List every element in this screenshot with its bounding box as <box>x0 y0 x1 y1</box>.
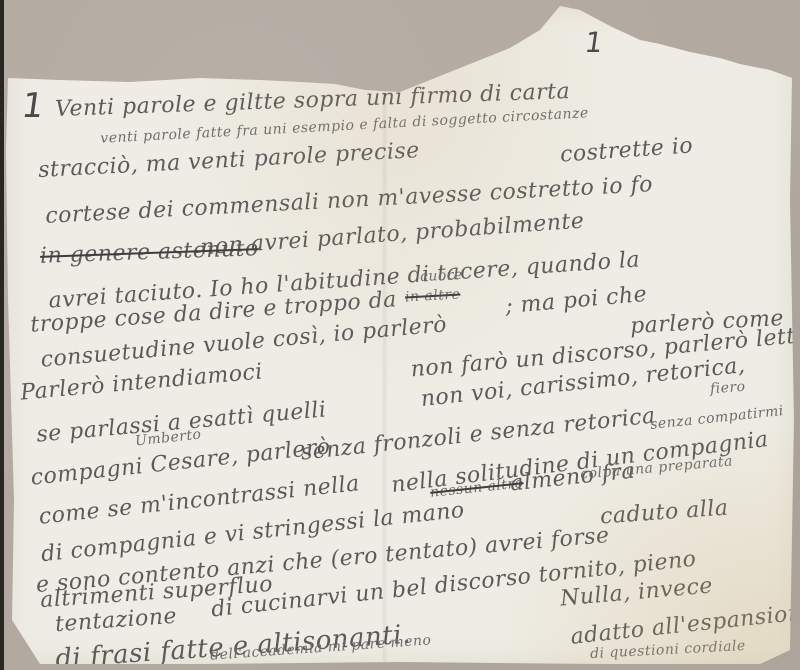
manuscript-line: Venti parole e giltte sopra uni firmo di… <box>55 79 571 122</box>
manuscript-line: di compagnia e vi stringessi la mano <box>40 498 466 567</box>
manuscript-line: non avrei parlato, probabilmente <box>200 209 586 261</box>
manuscript-line: cortese dei commensali non m'avesse cost… <box>45 172 654 229</box>
manuscript-line: colpa una preparata <box>580 453 734 482</box>
manuscript-line: altrimenti superfluo <box>39 572 273 613</box>
manuscript-line: tentazione <box>54 604 177 637</box>
manuscript-line: come se m'incontrassi nella <box>38 471 361 530</box>
manuscript-line: in genere astenuto <box>40 236 259 269</box>
manuscript-line: adatto all'espansione <box>569 599 800 650</box>
manuscript-line: venti parole fatte fra uni esempio e fal… <box>100 105 589 147</box>
manuscript-line: dell'accademia mi pare meno <box>210 632 432 663</box>
manuscript-line: non voi, carissimo, retorica, <box>420 353 747 412</box>
page-number-left: 1 <box>19 86 46 126</box>
manuscript-page: 1 1 Venti parole e giltte sopra uni firm… <box>0 0 800 670</box>
manuscript-line: ; ma poi che <box>504 282 648 319</box>
manuscript-line: troppe cose da dire e troppo da <box>30 287 398 338</box>
manuscript-line: Parlerò intendiamoci <box>19 359 263 405</box>
manuscript-line: senza compatirmi <box>650 403 785 433</box>
manuscript-line: Nulla, invece <box>559 573 714 611</box>
manuscript-line: nella solitudine di un compagnia <box>390 427 770 498</box>
manuscript-line: compagni Cesare, parlerò <box>30 434 332 490</box>
scan-edge <box>0 0 4 670</box>
manuscript-line: in altre <box>405 287 461 306</box>
manuscript-line: senza fronzoli e senza retorica <box>300 403 657 465</box>
manuscript-line: stracciò, ma venti parole precise <box>38 138 421 183</box>
manuscript-line: Umberto <box>134 427 202 450</box>
manuscript-line: di questioni cordiale <box>590 638 746 662</box>
manuscript-line: parlerò come <box>629 306 784 339</box>
manuscript-line: avrei taciuto. Io ho l'abitudine di tace… <box>48 247 641 313</box>
manuscript-line: di cucinarvi un bel discorso tornito, pi… <box>210 547 698 623</box>
manuscript-line: se parlassi a esattì quelli <box>35 397 327 447</box>
manuscript-line: consuetudine vuole così, io parlerò <box>40 312 448 372</box>
manuscript-line: non farò un discorso, parlerò lettore e <box>410 319 800 383</box>
manuscript-line: caduto alla <box>599 496 729 530</box>
page-number-right: 1 <box>583 26 605 59</box>
manuscript-line: costrette io <box>559 133 694 167</box>
manuscript-line: fiero <box>709 379 746 397</box>
manuscript-line: cuore <box>420 267 464 285</box>
manuscript-line: e sono contento anzi che (ero tentato) a… <box>35 523 611 598</box>
manuscript-line: almeno fra <box>509 459 636 497</box>
manuscript-line: nessun altro <box>429 475 524 501</box>
